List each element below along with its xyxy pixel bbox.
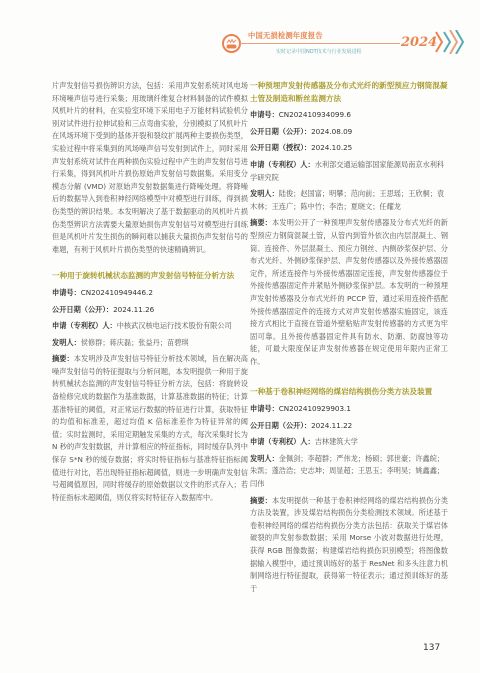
patent-title: 一种基于卷积神经网络的煤岩结构损伤分类方法及装置	[250, 386, 448, 399]
report-title: 中国无损检测年度报告	[248, 31, 323, 41]
chevrons-icon	[434, 30, 466, 54]
page-number: 137	[423, 643, 440, 653]
report-year: 2024	[401, 35, 437, 50]
patent-entry: 一种预埋声发射传感器及分布式光纤的新型预应力钢筒混凝土管及制造和断丝监测方法 申…	[250, 80, 448, 368]
publication-date: 公开日期（公开）：2024.11.22	[250, 420, 448, 433]
ndt-logo-icon	[222, 34, 241, 53]
patent-entry: 一种基于卷积神经网络的煤岩结构损伤分类方法及装置 申请号：CN202410929…	[250, 386, 448, 595]
abstract: 摘要：本发明提供一种基于卷积神经网络的煤岩结构损伤分类方法及装置，涉及煤岩结构损…	[250, 495, 448, 596]
abstract: 摘要：本发明涉及声发射信号特征分析技术领域，旨在解决高噪声发射信号的特征提取与分…	[52, 353, 248, 504]
patent-title: 一种用于旋转机械状态监测的声发射信号特征分析方法	[52, 270, 248, 283]
application-number: 申请号：CN202410929903.1	[250, 403, 448, 416]
applicant: 申请（专利权）人：水利部交通运输部国家能源局南京水利科学研究院	[250, 159, 448, 184]
left-column: 片声发射信号损伤辨识方法，包括：采用声发射系统对风电场环境噪声信号进行采集；用玻…	[52, 80, 248, 508]
patent-title: 一种预埋声发射传感器及分布式光纤的新型预应力钢筒混凝土管及制造和断丝监测方法	[250, 80, 448, 105]
inventors: 发明人：侯修群；蒋庆磊；张益丹；苗碧琪	[52, 337, 248, 350]
applicant: 申请（专利权）人：中核武汉核电运行技术股份有限公司	[52, 320, 248, 333]
application-number: 申请号：CN202410949446.2	[52, 287, 248, 300]
inventors: 发明人：金佩剑；李超群；严伟龙；杨硕；郭世豪；许鑫皖；朱凯；蓬浩浩；史志坤；周显…	[250, 453, 448, 491]
abstract: 摘要：本发明公开了一种预埋声发射传感器及分布式光纤的新型预应力钢筒混凝土管，从管…	[250, 217, 448, 368]
grant-date: 公开日期（授权）：2024.10.25	[250, 142, 448, 155]
report-subtitle: 实时记录中国NDT技术与行业发展进程	[276, 48, 362, 55]
right-column: 一种预埋声发射传感器及分布式光纤的新型预应力钢筒混凝土管及制造和断丝监测方法 申…	[250, 80, 448, 599]
application-number: 申请号：CN202410934099.6	[250, 109, 448, 122]
patent-entry: 一种用于旋转机械状态监测的声发射信号特征分析方法 申请号：CN202410949…	[52, 270, 248, 504]
report-header: 中国无损检测年度报告 实时记录中国NDT技术与行业发展进程 2024	[218, 26, 468, 64]
continued-abstract: 片声发射信号损伤辨识方法，包括：采用声发射系统对风电场环境噪声信号进行采集；用玻…	[52, 80, 248, 256]
publication-date: 公开日期（公开）：2024.08.09	[250, 126, 448, 139]
applicant: 申请（专利权）人：吉林建筑大学	[250, 436, 448, 449]
inventors: 发明人：陆俊；赵国富；明攀；范向前；王思瑶；王欣桐；袁木林；王连广；陈中竹；李浩…	[250, 188, 448, 213]
header-divider	[240, 43, 400, 44]
publication-date: 公开日期（公开）：2024.11.26	[52, 304, 248, 317]
